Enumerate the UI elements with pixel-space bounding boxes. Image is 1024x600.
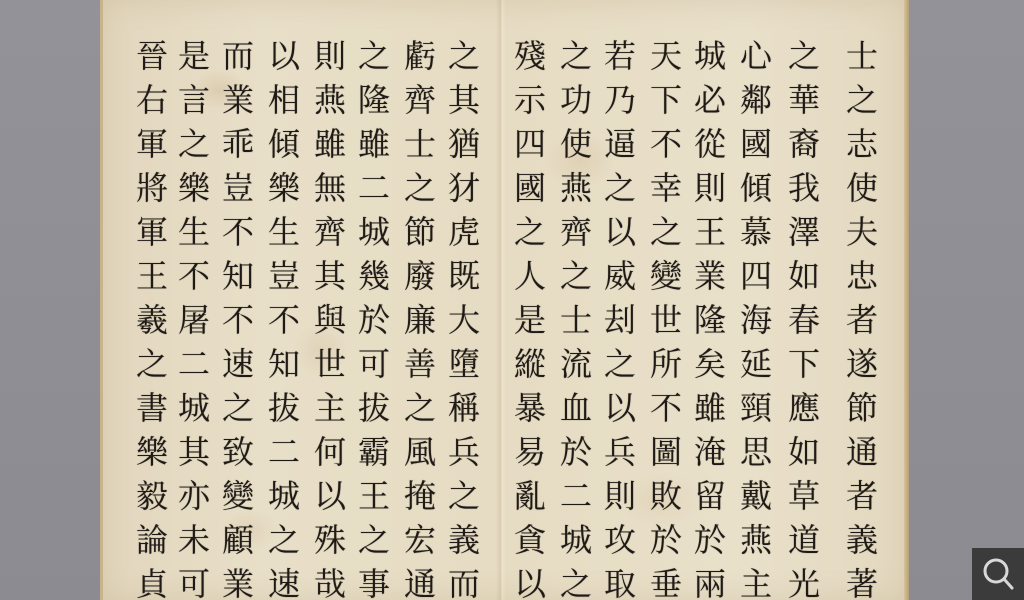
calligraphy-character: 是 bbox=[172, 34, 216, 78]
calligraphy-character: 慕 bbox=[734, 210, 778, 254]
calligraphy-character: 以 bbox=[598, 210, 642, 254]
calligraphy-character: 通 bbox=[398, 562, 442, 600]
calligraphy-character: 墮 bbox=[442, 342, 486, 386]
calligraphy-character: 王 bbox=[130, 254, 174, 298]
calligraphy-character: 齊 bbox=[308, 210, 352, 254]
calligraphy-character: 以 bbox=[598, 386, 642, 430]
calligraphy-character: 世 bbox=[644, 298, 688, 342]
calligraphy-character: 忠 bbox=[840, 254, 884, 298]
calligraphy-character: 燕 bbox=[554, 166, 598, 210]
calligraphy-character: 拔 bbox=[262, 386, 306, 430]
calligraphy-character: 廉 bbox=[398, 298, 442, 342]
calligraphy-character: 使 bbox=[554, 122, 598, 166]
calligraphy-character: 矣 bbox=[688, 342, 732, 386]
calligraphy-character: 隆 bbox=[352, 78, 396, 122]
calligraphy-character: 於 bbox=[644, 518, 688, 562]
zoom-button[interactable] bbox=[972, 548, 1024, 600]
calligraphy-character: 書 bbox=[130, 386, 174, 430]
calligraphy-character: 之 bbox=[598, 342, 642, 386]
calligraphy-character: 著 bbox=[840, 562, 884, 600]
calligraphy-character: 業 bbox=[688, 254, 732, 298]
calligraphy-character: 取 bbox=[598, 562, 642, 600]
calligraphy-character: 人 bbox=[508, 254, 552, 298]
calligraphy-character: 思 bbox=[734, 430, 778, 474]
calligraphy-character: 心 bbox=[734, 34, 778, 78]
calligraphy-character: 以 bbox=[262, 34, 306, 78]
text-column: 之隆雖二城幾於可拔霸王之事 bbox=[352, 34, 396, 600]
calligraphy-character: 城 bbox=[554, 518, 598, 562]
text-column: 之華裔我澤如春下應如草道光 bbox=[782, 34, 826, 600]
calligraphy-character: 之 bbox=[172, 122, 216, 166]
text-column: 則燕雖無齊其與世主何以殊哉 bbox=[308, 34, 352, 600]
calligraphy-character: 二 bbox=[172, 342, 216, 386]
calligraphy-character: 不 bbox=[216, 298, 260, 342]
calligraphy-character: 之 bbox=[352, 518, 396, 562]
calligraphy-character: 將 bbox=[130, 166, 174, 210]
calligraphy-character: 以 bbox=[508, 562, 552, 600]
calligraphy-character: 變 bbox=[216, 474, 260, 518]
calligraphy-character: 傾 bbox=[262, 122, 306, 166]
calligraphy-character: 若 bbox=[598, 34, 642, 78]
calligraphy-character: 之 bbox=[130, 342, 174, 386]
calligraphy-character: 之 bbox=[554, 254, 598, 298]
calligraphy-character: 則 bbox=[598, 474, 642, 518]
calligraphy-character: 遂 bbox=[840, 342, 884, 386]
calligraphy-character: 則 bbox=[688, 166, 732, 210]
calligraphy-character: 節 bbox=[398, 210, 442, 254]
text-column: 士之志使夫忠者遂節通者義著 bbox=[840, 34, 884, 600]
calligraphy-character: 之 bbox=[442, 474, 486, 518]
calligraphy-character: 不 bbox=[644, 386, 688, 430]
calligraphy-character: 不 bbox=[216, 210, 260, 254]
calligraphy-character: 血 bbox=[554, 386, 598, 430]
calligraphy-character: 屠 bbox=[172, 298, 216, 342]
text-column: 而業乖豈不知不速之致變顧業 bbox=[216, 34, 260, 600]
calligraphy-character: 變 bbox=[644, 254, 688, 298]
calligraphy-character: 之 bbox=[644, 210, 688, 254]
calligraphy-character: 而 bbox=[442, 562, 486, 600]
calligraphy-character: 雖 bbox=[688, 386, 732, 430]
center-fold bbox=[496, 0, 506, 600]
calligraphy-character: 城 bbox=[172, 386, 216, 430]
calligraphy-character: 之 bbox=[262, 518, 306, 562]
calligraphy-character: 生 bbox=[172, 210, 216, 254]
calligraphy-character: 軍 bbox=[130, 122, 174, 166]
calligraphy-character: 義 bbox=[442, 518, 486, 562]
calligraphy-character: 二 bbox=[554, 474, 598, 518]
calligraphy-character: 志 bbox=[840, 122, 884, 166]
calligraphy-character: 澤 bbox=[782, 210, 826, 254]
calligraphy-character: 未 bbox=[172, 518, 216, 562]
text-column: 是言之樂生不屠二城其亦未可 bbox=[172, 34, 216, 600]
calligraphy-character: 晉 bbox=[130, 34, 174, 78]
calligraphy-character: 下 bbox=[644, 78, 688, 122]
calligraphy-character: 應 bbox=[782, 386, 826, 430]
calligraphy-character: 於 bbox=[554, 430, 598, 474]
calligraphy-character: 功 bbox=[554, 78, 598, 122]
text-column: 之其猶犲虎既大墮稱兵之義而 bbox=[442, 34, 486, 600]
calligraphy-character: 風 bbox=[398, 430, 442, 474]
calligraphy-character: 右 bbox=[130, 78, 174, 122]
calligraphy-character: 其 bbox=[172, 430, 216, 474]
calligraphy-character: 士 bbox=[840, 34, 884, 78]
calligraphy-character: 兩 bbox=[688, 562, 732, 600]
calligraphy-character: 其 bbox=[308, 254, 352, 298]
calligraphy-character: 道 bbox=[782, 518, 826, 562]
calligraphy-character: 王 bbox=[688, 210, 732, 254]
calligraphy-character: 貞 bbox=[130, 562, 174, 600]
calligraphy-character: 不 bbox=[644, 122, 688, 166]
calligraphy-character: 豈 bbox=[216, 166, 260, 210]
calligraphy-character: 猶 bbox=[442, 122, 486, 166]
calligraphy-character: 燕 bbox=[308, 78, 352, 122]
calligraphy-character: 速 bbox=[262, 562, 306, 600]
calligraphy-character: 暴 bbox=[508, 386, 552, 430]
calligraphy-character: 齊 bbox=[554, 210, 598, 254]
calligraphy-character: 樂 bbox=[262, 166, 306, 210]
calligraphy-character: 貪 bbox=[508, 518, 552, 562]
calligraphy-character: 哉 bbox=[308, 562, 352, 600]
calligraphy-character: 主 bbox=[308, 386, 352, 430]
calligraphy-character: 殊 bbox=[308, 518, 352, 562]
calligraphy-character: 顧 bbox=[216, 518, 260, 562]
calligraphy-character: 世 bbox=[308, 342, 352, 386]
calligraphy-character: 論 bbox=[130, 518, 174, 562]
calligraphy-character: 如 bbox=[782, 254, 826, 298]
calligraphy-character: 士 bbox=[554, 298, 598, 342]
calligraphy-character: 而 bbox=[216, 34, 260, 78]
calligraphy-character: 天 bbox=[644, 34, 688, 78]
calligraphy-character: 留 bbox=[688, 474, 732, 518]
calligraphy-character: 下 bbox=[782, 342, 826, 386]
calligraphy-character: 業 bbox=[216, 562, 260, 600]
calligraphy-character: 光 bbox=[782, 562, 826, 600]
calligraphy-character: 延 bbox=[734, 342, 778, 386]
calligraphy-character: 必 bbox=[688, 78, 732, 122]
calligraphy-character: 如 bbox=[782, 430, 826, 474]
calligraphy-character: 不 bbox=[172, 254, 216, 298]
calligraphy-character: 華 bbox=[782, 78, 826, 122]
magnifier-icon bbox=[980, 556, 1016, 592]
calligraphy-character: 城 bbox=[352, 210, 396, 254]
calligraphy-character: 示 bbox=[508, 78, 552, 122]
calligraphy-character: 春 bbox=[782, 298, 826, 342]
calligraphy-character: 宏 bbox=[398, 518, 442, 562]
calligraphy-character: 刦 bbox=[598, 298, 642, 342]
calligraphy-character: 善 bbox=[398, 342, 442, 386]
calligraphy-character: 威 bbox=[598, 254, 642, 298]
image-viewer: 士之志使夫忠者遂節通者義著之華裔我澤如春下應如草道光心鄰國傾慕四海延頸思戴燕主城… bbox=[0, 0, 1024, 600]
calligraphy-character: 樂 bbox=[172, 166, 216, 210]
calligraphy-character: 豈 bbox=[262, 254, 306, 298]
calligraphy-character: 於 bbox=[688, 518, 732, 562]
calligraphy-character: 裔 bbox=[782, 122, 826, 166]
calligraphy-character: 四 bbox=[508, 122, 552, 166]
calligraphy-character: 者 bbox=[840, 474, 884, 518]
calligraphy-character: 致 bbox=[216, 430, 260, 474]
calligraphy-character: 國 bbox=[508, 166, 552, 210]
calligraphy-character: 通 bbox=[840, 430, 884, 474]
calligraphy-character: 霸 bbox=[352, 430, 396, 474]
calligraphy-character: 圖 bbox=[644, 430, 688, 474]
calligraphy-character: 士 bbox=[398, 122, 442, 166]
calligraphy-character: 草 bbox=[782, 474, 826, 518]
calligraphy-character: 業 bbox=[216, 78, 260, 122]
calligraphy-character: 不 bbox=[262, 298, 306, 342]
calligraphy-character: 亂 bbox=[508, 474, 552, 518]
calligraphy-character: 之 bbox=[554, 562, 598, 600]
calligraphy-character: 易 bbox=[508, 430, 552, 474]
calligraphy-character: 戴 bbox=[734, 474, 778, 518]
calligraphy-character: 事 bbox=[352, 562, 396, 600]
calligraphy-character: 義 bbox=[840, 518, 884, 562]
calligraphy-character: 兵 bbox=[442, 430, 486, 474]
calligraphy-character: 之 bbox=[840, 78, 884, 122]
calligraphy-character: 其 bbox=[442, 78, 486, 122]
calligraphy-character: 齊 bbox=[398, 78, 442, 122]
calligraphy-character: 虧 bbox=[398, 34, 442, 78]
calligraphy-character: 敗 bbox=[644, 474, 688, 518]
calligraphy-character: 縱 bbox=[508, 342, 552, 386]
calligraphy-character: 殘 bbox=[508, 34, 552, 78]
calligraphy-character: 主 bbox=[734, 562, 778, 600]
calligraphy-character: 知 bbox=[262, 342, 306, 386]
calligraphy-character: 傾 bbox=[734, 166, 778, 210]
calligraphy-character: 所 bbox=[644, 342, 688, 386]
calligraphy-character: 頸 bbox=[734, 386, 778, 430]
calligraphy-character: 之 bbox=[398, 166, 442, 210]
calligraphy-character: 毅 bbox=[130, 474, 174, 518]
text-column: 以相傾樂生豈不知拔二城之速 bbox=[262, 34, 306, 600]
calligraphy-character: 拔 bbox=[352, 386, 396, 430]
calligraphy-character: 是 bbox=[508, 298, 552, 342]
calligraphy-character: 乖 bbox=[216, 122, 260, 166]
calligraphy-character: 燕 bbox=[734, 518, 778, 562]
calligraphy-character: 者 bbox=[840, 298, 884, 342]
calligraphy-character: 淹 bbox=[688, 430, 732, 474]
calligraphy-character: 虎 bbox=[442, 210, 486, 254]
calligraphy-character: 之 bbox=[782, 34, 826, 78]
calligraphy-character: 之 bbox=[554, 34, 598, 78]
calligraphy-character: 何 bbox=[308, 430, 352, 474]
text-column: 晉右軍將軍王羲之書樂毅論貞 bbox=[130, 34, 174, 600]
text-column: 天下不幸之變世所不圖敗於垂 bbox=[644, 34, 688, 600]
calligraphy-character: 則 bbox=[308, 34, 352, 78]
text-column: 城必從則王業隆矣雖淹留於兩 bbox=[688, 34, 732, 600]
calligraphy-character: 四 bbox=[734, 254, 778, 298]
calligraphy-character: 城 bbox=[688, 34, 732, 78]
calligraphy-character: 鄰 bbox=[734, 78, 778, 122]
calligraphy-character: 節 bbox=[840, 386, 884, 430]
calligraphy-character: 亦 bbox=[172, 474, 216, 518]
calligraphy-character: 城 bbox=[262, 474, 306, 518]
calligraphy-character: 幾 bbox=[352, 254, 396, 298]
calligraphy-character: 我 bbox=[782, 166, 826, 210]
calligraphy-character: 可 bbox=[172, 562, 216, 600]
calligraphy-character: 國 bbox=[734, 122, 778, 166]
calligraphy-character: 攻 bbox=[598, 518, 642, 562]
calligraphy-character: 廢 bbox=[398, 254, 442, 298]
text-column: 之功使燕齊之士流血於二城之 bbox=[554, 34, 598, 600]
calligraphy-character: 王 bbox=[352, 474, 396, 518]
calligraphy-character: 稱 bbox=[442, 386, 486, 430]
calligraphy-character: 軍 bbox=[130, 210, 174, 254]
calligraphy-character: 樂 bbox=[130, 430, 174, 474]
paper-left-edge bbox=[100, 0, 103, 600]
calligraphy-character: 羲 bbox=[130, 298, 174, 342]
calligraphy-character: 言 bbox=[172, 78, 216, 122]
calligraphy-character: 幸 bbox=[644, 166, 688, 210]
calligraphy-character: 相 bbox=[262, 78, 306, 122]
calligraphy-character: 之 bbox=[598, 166, 642, 210]
text-column: 殘示四國之人是縱暴易亂貪以 bbox=[508, 34, 552, 600]
calligraphy-character: 兵 bbox=[598, 430, 642, 474]
calligraphy-character: 乃 bbox=[598, 78, 642, 122]
calligraphy-character: 速 bbox=[216, 342, 260, 386]
calligraphy-character: 犲 bbox=[442, 166, 486, 210]
calligraphy-character: 之 bbox=[216, 386, 260, 430]
calligraphy-character: 大 bbox=[442, 298, 486, 342]
text-column: 心鄰國傾慕四海延頸思戴燕主 bbox=[734, 34, 778, 600]
calligraphy-character: 海 bbox=[734, 298, 778, 342]
calligraphy-character: 夫 bbox=[840, 210, 884, 254]
calligraphy-character: 之 bbox=[442, 34, 486, 78]
calligraphy-character: 既 bbox=[442, 254, 486, 298]
calligraphy-character: 雖 bbox=[352, 122, 396, 166]
calligraphy-character: 知 bbox=[216, 254, 260, 298]
calligraphy-character: 之 bbox=[508, 210, 552, 254]
paper-right-edge bbox=[904, 0, 909, 600]
calligraphy-character: 於 bbox=[352, 298, 396, 342]
calligraphy-character: 無 bbox=[308, 166, 352, 210]
calligraphy-character: 以 bbox=[308, 474, 352, 518]
text-column: 虧齊士之節廢廉善之風掩宏通 bbox=[398, 34, 442, 600]
text-column: 若乃逼之以威刦之以兵則攻取 bbox=[598, 34, 642, 600]
calligraphy-character: 二 bbox=[352, 166, 396, 210]
calligraphy-character: 使 bbox=[840, 166, 884, 210]
calligraphy-character: 隆 bbox=[688, 298, 732, 342]
calligraphy-character: 垂 bbox=[644, 562, 688, 600]
calligraphy-character: 雖 bbox=[308, 122, 352, 166]
calligraphy-character: 從 bbox=[688, 122, 732, 166]
calligraphy-character: 可 bbox=[352, 342, 396, 386]
calligraphy-character: 與 bbox=[308, 298, 352, 342]
calligraphy-character: 生 bbox=[262, 210, 306, 254]
calligraphy-character: 掩 bbox=[398, 474, 442, 518]
calligraphy-character: 之 bbox=[398, 386, 442, 430]
calligraphy-character: 二 bbox=[262, 430, 306, 474]
calligraphy-character: 逼 bbox=[598, 122, 642, 166]
calligraphy-character: 之 bbox=[352, 34, 396, 78]
calligraphy-character: 流 bbox=[554, 342, 598, 386]
